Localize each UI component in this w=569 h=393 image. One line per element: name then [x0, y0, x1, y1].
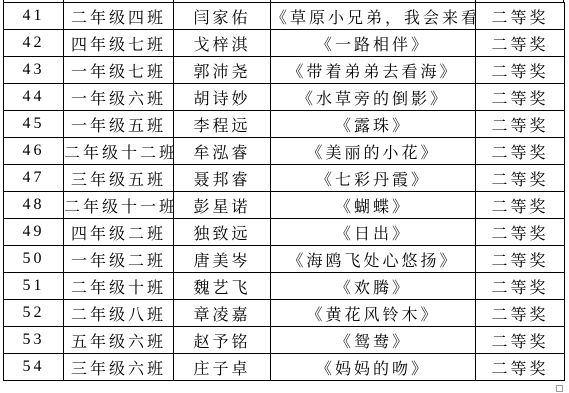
- award-cell: 二等奖: [476, 165, 565, 192]
- table-row: 53 五年级六班 赵予铭 《鸳鸯》 二等奖: [4, 327, 565, 354]
- class-cell: 二年级四班: [64, 3, 174, 30]
- class-cell: 一年级七班: [64, 57, 174, 84]
- artwork-title-cell: 《海鸥飞处心悠扬》: [271, 246, 476, 273]
- table-row: 50 一年级二班 唐美岑 《海鸥飞处心悠扬》 二等奖: [4, 246, 565, 273]
- table-row: 41 二年级四班 闫家佑 《草原小兄弟，我会来看你》 二等奖: [4, 3, 565, 30]
- student-name-cell: 聂邦睿: [174, 165, 271, 192]
- class-cell: 二年级十班: [64, 273, 174, 300]
- row-number-cell: 54: [4, 354, 64, 381]
- class-cell: 四年级二班: [64, 219, 174, 246]
- student-name-cell: 唐美岑: [174, 246, 271, 273]
- award-cell: 二等奖: [476, 57, 565, 84]
- award-cell: 二等奖: [476, 111, 565, 138]
- class-cell: 五年级六班: [64, 327, 174, 354]
- artwork-title-cell: 《露珠》: [271, 111, 476, 138]
- table-row: 42 四年级七班 戈梓淇 《一路相伴》 二等奖: [4, 30, 565, 57]
- table-row: 47 三年级五班 聂邦睿 《七彩丹霞》 二等奖: [4, 165, 565, 192]
- award-cell: 二等奖: [476, 246, 565, 273]
- row-number-cell: 42: [4, 30, 64, 57]
- class-cell: 二年级十一班: [64, 192, 174, 219]
- row-number-cell: 47: [4, 165, 64, 192]
- award-cell: 二等奖: [476, 273, 565, 300]
- table-row: 48 二年级十一班 彭星诺 《蝴蝶》 二等奖: [4, 192, 565, 219]
- artwork-title-cell: 《欢腾》: [271, 273, 476, 300]
- award-cell: 二等奖: [476, 219, 565, 246]
- artwork-title-cell: 《妈妈的吻》: [271, 354, 476, 381]
- award-cell: 二等奖: [476, 300, 565, 327]
- table-row: 46 二年级十二班 牟泓睿 《美丽的小花》 二等奖: [4, 138, 565, 165]
- artwork-title-cell: 《水草旁的倒影》: [271, 84, 476, 111]
- student-name-cell: 李程远: [174, 111, 271, 138]
- student-name-cell: 独致远: [174, 219, 271, 246]
- award-cell: 二等奖: [476, 84, 565, 111]
- class-cell: 三年级五班: [64, 165, 174, 192]
- table-row: 49 四年级二班 独致远 《日出》 二等奖: [4, 219, 565, 246]
- student-name-cell: 赵予铭: [174, 327, 271, 354]
- row-number-cell: 41: [4, 3, 64, 30]
- award-cell: 二等奖: [476, 354, 565, 381]
- student-name-cell: 庄子卓: [174, 354, 271, 381]
- row-number-cell: 49: [4, 219, 64, 246]
- row-number-cell: 46: [4, 138, 64, 165]
- row-number-cell: 52: [4, 300, 64, 327]
- award-table-body: 41 二年级四班 闫家佑 《草原小兄弟，我会来看你》 二等奖 42 四年级七班 …: [4, 3, 565, 381]
- class-cell: 一年级二班: [64, 246, 174, 273]
- artwork-title-cell: 《美丽的小花》: [271, 138, 476, 165]
- class-cell: 二年级八班: [64, 300, 174, 327]
- table-row: 44 一年级六班 胡诗妙 《水草旁的倒影》 二等奖: [4, 84, 565, 111]
- student-name-cell: 戈梓淇: [174, 30, 271, 57]
- award-cell: 二等奖: [476, 3, 565, 30]
- artwork-title-cell: 《蝴蝶》: [271, 192, 476, 219]
- student-name-cell: 胡诗妙: [174, 84, 271, 111]
- student-name-cell: 章凌嘉: [174, 300, 271, 327]
- row-number-cell: 53: [4, 327, 64, 354]
- student-name-cell: 彭星诺: [174, 192, 271, 219]
- award-cell: 二等奖: [476, 192, 565, 219]
- row-number-cell: 45: [4, 111, 64, 138]
- artwork-title-cell: 《一路相伴》: [271, 30, 476, 57]
- award-cell: 二等奖: [476, 138, 565, 165]
- table-row: 43 一年级七班 郭沛尧 《带着弟弟去看海》 二等奖: [4, 57, 565, 84]
- class-cell: 二年级十二班: [64, 138, 174, 165]
- document-page: 41 二年级四班 闫家佑 《草原小兄弟，我会来看你》 二等奖 42 四年级七班 …: [0, 0, 569, 393]
- class-cell: 四年级七班: [64, 30, 174, 57]
- table-row: 45 一年级五班 李程远 《露珠》 二等奖: [4, 111, 565, 138]
- artwork-title-cell: 《鸳鸯》: [271, 327, 476, 354]
- document-end-marker-icon: [556, 385, 563, 392]
- table-row: 54 三年级六班 庄子卓 《妈妈的吻》 二等奖: [4, 354, 565, 381]
- row-number-cell: 50: [4, 246, 64, 273]
- table-row: 52 二年级八班 章凌嘉 《黄花风铃木》 二等奖: [4, 300, 565, 327]
- artwork-title-cell: 《日出》: [271, 219, 476, 246]
- class-cell: 一年级六班: [64, 84, 174, 111]
- artwork-title-cell: 《黄花风铃木》: [271, 300, 476, 327]
- class-cell: 一年级五班: [64, 111, 174, 138]
- student-name-cell: 魏艺飞: [174, 273, 271, 300]
- student-name-cell: 闫家佑: [174, 3, 271, 30]
- artwork-title-cell: 《草原小兄弟，我会来看你》: [271, 3, 476, 30]
- award-cell: 二等奖: [476, 30, 565, 57]
- table-row: 51 二年级十班 魏艺飞 《欢腾》 二等奖: [4, 273, 565, 300]
- row-number-cell: 48: [4, 192, 64, 219]
- award-cell: 二等奖: [476, 327, 565, 354]
- student-name-cell: 牟泓睿: [174, 138, 271, 165]
- student-name-cell: 郭沛尧: [174, 57, 271, 84]
- row-number-cell: 43: [4, 57, 64, 84]
- artwork-title-cell: 《带着弟弟去看海》: [271, 57, 476, 84]
- row-number-cell: 44: [4, 84, 64, 111]
- class-cell: 三年级六班: [64, 354, 174, 381]
- row-number-cell: 51: [4, 273, 64, 300]
- award-table: 41 二年级四班 闫家佑 《草原小兄弟，我会来看你》 二等奖 42 四年级七班 …: [3, 2, 565, 381]
- artwork-title-cell: 《七彩丹霞》: [271, 165, 476, 192]
